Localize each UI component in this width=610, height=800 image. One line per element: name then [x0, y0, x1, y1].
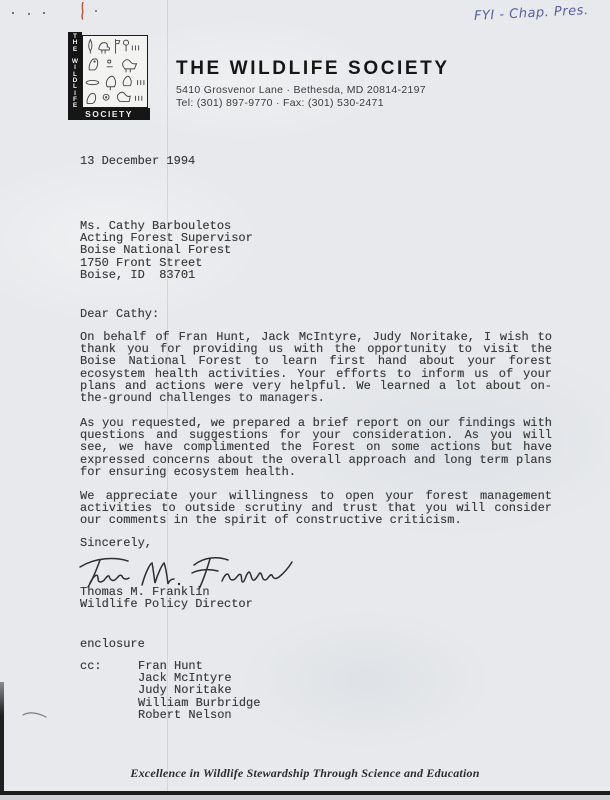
footer-motto: Excellence in Wildlife Stewardship Throu… [0, 766, 610, 781]
letter-date: 13 December 1994 [80, 155, 195, 167]
recipient-address-block: Ms. Cathy Barbouletos Acting Forest Supe… [80, 220, 253, 281]
pencil-mark [22, 710, 48, 720]
scan-background-below-page [0, 795, 610, 800]
body-paragraph: On behalf of Fran Hunt, Jack McIntyre, J… [80, 331, 552, 404]
wildlife-society-logo: T H E W I L D L I F E [68, 32, 150, 120]
signer-title: Wildlife Policy Director [80, 598, 253, 610]
scan-edge-left [0, 682, 4, 792]
logo-vertical-text: T H E W I L D L I F E [68, 32, 82, 108]
handwritten-fyi-note: FYI - Chap. Pres. [474, 3, 589, 24]
salutation: Dear Cathy: [80, 308, 159, 320]
logo-society-text: SOCIETY [68, 108, 150, 120]
body-paragraph: We appreciate your willingness to open y… [80, 490, 552, 527]
closing: Sincerely, [80, 537, 152, 549]
enclosure-note: enclosure [80, 638, 145, 650]
scanned-letter-page: FYI - Chap. Pres. T H E W I L D L I F E [0, 0, 610, 800]
scan-specks [12, 12, 14, 14]
red-pen-mark [79, 2, 87, 20]
org-address: 5410 Grosvenor Lane · Bethesda, MD 20814… [176, 84, 426, 96]
recipient-line: Boise, ID 83701 [80, 268, 195, 282]
cc-label: cc: [80, 660, 102, 672]
hieroglyphs-illustration [82, 35, 148, 108]
cc-name-list: Fran Hunt Jack McIntyre Judy Noritake Wi… [138, 660, 260, 721]
body-paragraph: As you requested, we prepared a brief re… [80, 417, 552, 478]
org-name: THE WILDLIFE SOCIETY [176, 58, 450, 80]
org-contact: Tel: (301) 897-9770 · Fax: (301) 530-247… [176, 97, 384, 109]
